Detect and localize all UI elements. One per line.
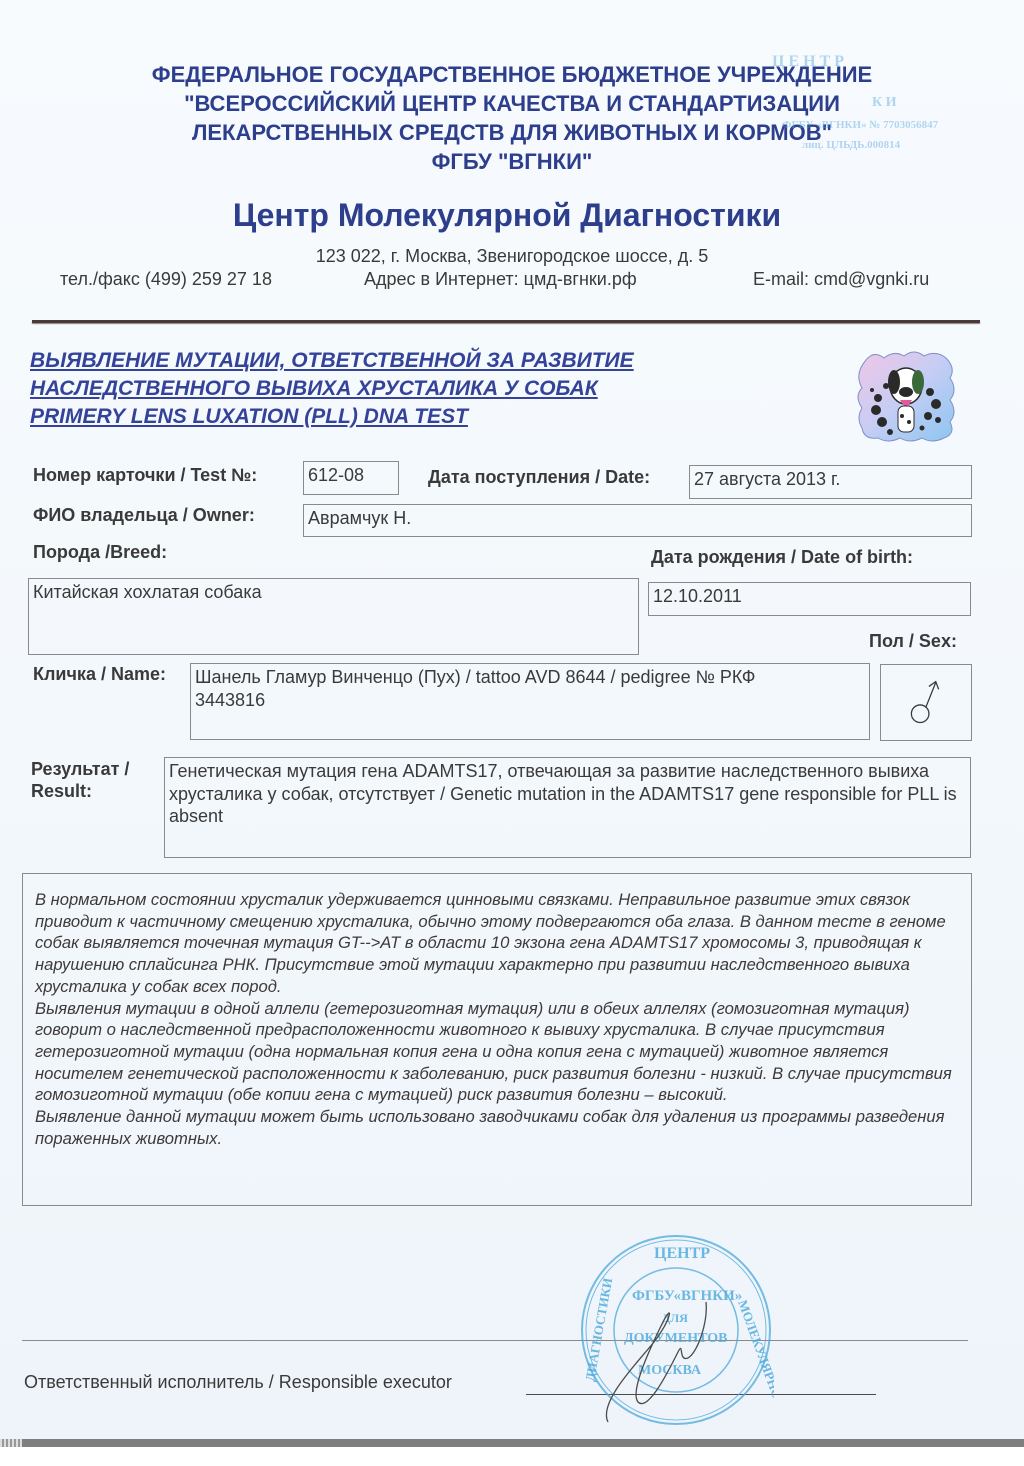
sex-label: Пол / Sex:: [869, 631, 957, 652]
address: 123 022, г. Москва, Звенигородское шоссе…: [0, 246, 1024, 267]
corner-stamp-icon: ЦЕНТР К И ФГБУ «ВГНКИ» № 7703056847 лиц.…: [762, 48, 962, 158]
document-page: ФЕДЕРАЛЬНОЕ ГОСУДАРСТВЕННОЕ БЮДЖЕТНОЕ УЧ…: [0, 0, 1024, 1440]
svg-text:ЦЕНТР: ЦЕНТР: [772, 53, 848, 70]
sex-field: [880, 664, 972, 741]
breed-field: Китайская хохлатая собака: [28, 578, 639, 655]
svg-text:ДОКУМЕНТОВ: ДОКУМЕНТОВ: [624, 1331, 728, 1346]
description-paragraph: Выявление данной мутации может быть испо…: [35, 1106, 959, 1149]
owner-field: Аврамчук Н.: [303, 504, 972, 537]
test-number-field: 612-08: [303, 461, 399, 495]
svg-text:К И: К И: [872, 95, 897, 110]
email[interactable]: E-mail: cmd@vgnki.ru: [753, 269, 929, 290]
center-title: Центр Молекулярной Диагностики: [0, 197, 1014, 234]
svg-text:лиц. ЦЛЬДЬ.000814: лиц. ЦЛЬДЬ.000814: [802, 139, 901, 151]
responsible-executor-label: Ответственный исполнитель / Responsible …: [24, 1372, 452, 1393]
date-received-field: 27 августа 2013 г.: [689, 465, 972, 499]
name-field: Шанель Гламур Винченцо (Пух) / tattoo AV…: [190, 663, 870, 740]
date-received-label: Дата поступления / Date:: [428, 467, 650, 488]
svg-text:ФГБУ «ВГНКИ» № 7703056847: ФГБУ «ВГНКИ» № 7703056847: [782, 119, 939, 131]
svg-text:ЦЕНТР: ЦЕНТР: [654, 1245, 710, 1262]
breed-label: Порода /Breed:: [33, 542, 167, 563]
result-label-line-1: Результат /: [31, 759, 129, 780]
official-stamp-icon: ЦЕНТР ФГБУ«ВГНКИ» ДЛЯ ДОКУМЕНТОВ МОСКВА …: [578, 1232, 774, 1428]
description-paragraph: Выявления мутации в одной аллели (гетеро…: [35, 998, 959, 1107]
description-box: В нормальном состоянии хрусталик удержив…: [22, 873, 972, 1206]
date-of-birth-label: Дата рождения / Date of birth:: [651, 547, 913, 568]
phone-fax: тел./факс (499) 259 27 18: [60, 269, 272, 290]
dalmatian-puzzle-logo-icon: [852, 346, 962, 446]
description-paragraph: В нормальном состоянии хрусталик удержив…: [35, 889, 959, 998]
result-label-line-2: Result:: [31, 781, 92, 802]
male-symbol-icon: [881, 665, 971, 740]
result-field: Генетическая мутация гена ADAMTS17, отве…: [164, 757, 971, 858]
test-title-line-1: ВЫЯВЛЕНИЕ МУТАЦИИ, ОТВЕТСТВЕННОЙ ЗА РАЗВ…: [30, 347, 634, 375]
header-divider: [32, 320, 980, 323]
test-number-label: Номер карточки / Test №:: [33, 465, 257, 486]
name-label: Кличка / Name:: [33, 664, 166, 685]
footer-divider: [22, 1340, 968, 1341]
svg-text:ФГБУ«ВГНКИ»: ФГБУ«ВГНКИ»: [632, 1288, 742, 1304]
date-of-birth-field: 12.10.2011: [648, 582, 971, 616]
svg-text:ДИАГНОСТИКИ: ДИАГНОСТИКИ: [582, 1277, 615, 1383]
test-title-line-3: PRIMERY LENS LUXATION (PLL) DNA TEST: [30, 403, 468, 431]
owner-label: ФИО владельца / Owner:: [33, 505, 255, 526]
name-value-line-2: 3443816: [195, 689, 865, 712]
scan-edge-bar: [0, 1439, 1024, 1447]
name-value-line-1: Шанель Гламур Винченцо (Пух) / tattoo AV…: [195, 666, 865, 689]
website[interactable]: Адрес в Интернет: цмд-вгнки.рф: [364, 269, 637, 290]
svg-text:МОСКВА: МОСКВА: [638, 1363, 702, 1378]
test-title-line-2: НАСЛЕДСТВЕННОГО ВЫВИХА ХРУСТАЛИКА У СОБА…: [30, 375, 598, 403]
